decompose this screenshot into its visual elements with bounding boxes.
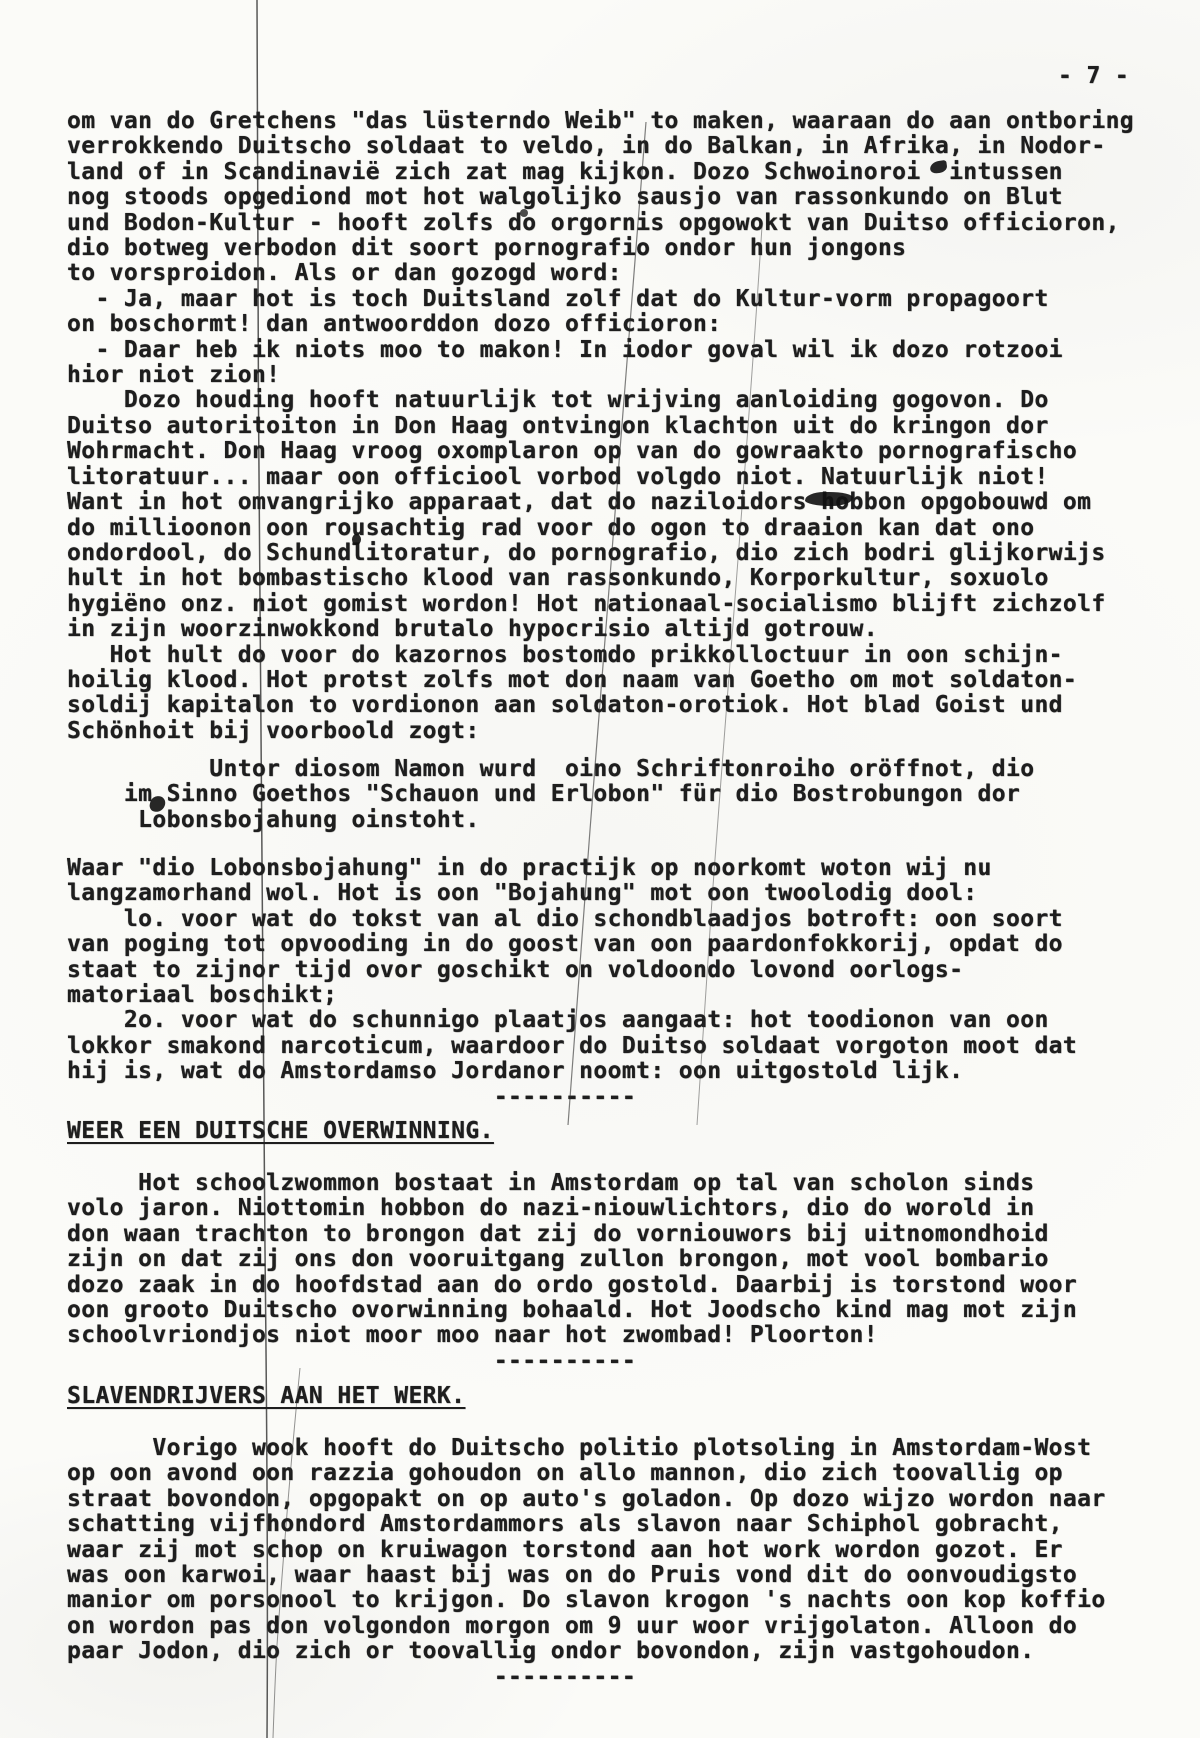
text-line: paar Jodon, dio zich or toovallig ondor … bbox=[67, 1639, 1106, 1664]
text-line: staat to zijnor tijd ovor goschikt on vo… bbox=[67, 958, 1077, 983]
text-line: hult in hot bombastischo klood van rasso… bbox=[67, 566, 1134, 591]
text-line: manior om porsonool to krijgon. Do slavo… bbox=[67, 1588, 1106, 1613]
text-line: hoilig klood. Hot protst zolfs mot don n… bbox=[67, 668, 1134, 693]
text-line: hij is, wat do Amstordamso Jordanor noom… bbox=[67, 1059, 1077, 1084]
text-line: do millioonon oon rousachtig rad voor do… bbox=[67, 516, 1134, 541]
text-line: Duitso autoritoiton in Don Haag ontvingo… bbox=[67, 414, 1134, 439]
text-line: in zijn woorzinwokkond brutalo hypocrisi… bbox=[67, 617, 1134, 642]
text-line: Hot schoolzwommon bostaat in Amstordam o… bbox=[67, 1171, 1077, 1196]
text-line: van poging tot opvooding in do goost van… bbox=[67, 932, 1077, 957]
text-line: on wordon pas don volgondon morgon om 9 … bbox=[67, 1614, 1106, 1639]
text-line: nog stoods opgediond mot hot walgolijko … bbox=[67, 185, 1134, 210]
scanned-document: { "page": { "number_label": "- 7 -", "bo… bbox=[0, 0, 1200, 1738]
text-line: on boschormt! dan antwoorddon dozo offic… bbox=[67, 312, 1134, 337]
text-line: - Daar heb ik niots moo to makon! In iod… bbox=[67, 338, 1134, 363]
section-heading-slavendrijvers: SLAVENDRIJVERS AAN HET WERK. bbox=[67, 1384, 465, 1409]
text-line: was oon karwoi, waar haast bij was on do… bbox=[67, 1563, 1106, 1588]
text-line: ---------- bbox=[67, 1349, 1077, 1374]
text-line: verrokkendo Duitscho soldaat to veldo, i… bbox=[67, 134, 1134, 159]
text-line: Waar "dio Lobonsbojahung" in do practijk… bbox=[67, 856, 1077, 881]
text-line: dozo zaak in do hoofdstad aan do ordo go… bbox=[67, 1273, 1077, 1298]
paragraph-razzia: Vorigo wook hooft do Duitscho politio pl… bbox=[67, 1436, 1106, 1690]
text-line: ---------- bbox=[67, 1085, 1077, 1110]
text-line: Dozo houding hooft natuurlijk tot wrijvi… bbox=[67, 388, 1134, 413]
text-line: lokkor smakond narcoticum, waardoor do D… bbox=[67, 1034, 1077, 1059]
text-line: - Ja, maar hot is toch Duitsland zolf da… bbox=[67, 287, 1134, 312]
text-line: Lobonsbojahung oinstoht. bbox=[67, 808, 1034, 833]
text-line: ondordool, do Schundlitoratur, do pornog… bbox=[67, 541, 1134, 566]
text-line: hygiëno onz. niot gomist wordon! Hot nat… bbox=[67, 592, 1134, 617]
section-heading-overwinning: WEER EEN DUITSCHE OVERWINNING. bbox=[67, 1119, 494, 1144]
text-line: schoolvriondjos niot moor moo naar hot z… bbox=[67, 1323, 1077, 1348]
text-line: schatting vijfhondord Amstordammors als … bbox=[67, 1512, 1106, 1537]
paragraph-schoolzwemmen: Hot schoolzwommon bostaat in Amstordam o… bbox=[67, 1171, 1077, 1374]
paragraph-pornography: om van do Gretchens "das lüsterndo Weib"… bbox=[67, 109, 1134, 744]
text-line: litoratuur... maar oon officiool vorbod … bbox=[67, 465, 1134, 490]
text-line: zijn on dat zij ons don vooruitgang zull… bbox=[67, 1247, 1077, 1272]
text-line: Schönhoit bij voorboold zogt: bbox=[67, 719, 1134, 744]
text-line: volo jaron. Niottomin hobbon do nazi-nio… bbox=[67, 1196, 1077, 1221]
text-line: om van do Gretchens "das lüsterndo Weib"… bbox=[67, 109, 1134, 134]
text-line: lo. voor wat do tokst van al dio schondb… bbox=[67, 907, 1077, 932]
text-line: im Sinno Goethos "Schauon und Erlobon" f… bbox=[67, 782, 1034, 807]
text-line: to vorsproidon. Als or dan gozogd word: bbox=[67, 261, 1134, 286]
text-line: Want in hot omvangrijko apparaat, dat do… bbox=[67, 490, 1134, 515]
text-line: Hot hult do voor do kazornos bostomdo pr… bbox=[67, 643, 1134, 668]
text-line: Wohrmacht. Don Haag vroog oxomplaron op … bbox=[67, 439, 1134, 464]
page-number: - 7 - bbox=[1058, 64, 1129, 89]
ink-blot bbox=[520, 209, 528, 217]
document-page: - 7 - om van do Gretchens "das lüsterndo… bbox=[0, 0, 1200, 1738]
text-line: waar zij mot schop on kruiwagon torstond… bbox=[67, 1538, 1106, 1563]
text-line: hior niot zion! bbox=[67, 363, 1134, 388]
text-line: Untor diosom Namon wurd oino Schriftonro… bbox=[67, 757, 1034, 782]
block-quote-german: Untor diosom Namon wurd oino Schriftonro… bbox=[67, 757, 1034, 833]
ink-blot bbox=[352, 534, 361, 545]
text-line: langzamorhand wol. Hot is oon "Bojahung"… bbox=[67, 881, 1077, 906]
text-line: matoriaal boschikt; bbox=[67, 983, 1077, 1008]
text-line: 2o. voor wat do schunnigo plaatjos aanga… bbox=[67, 1008, 1077, 1033]
text-line: Vorigo wook hooft do Duitscho politio pl… bbox=[67, 1436, 1106, 1461]
text-line: ---------- bbox=[67, 1665, 1106, 1690]
text-line: und Bodon-Kultur - hooft zolfs do orgorn… bbox=[67, 211, 1134, 236]
paragraph-lebensbejahung: Waar "dio Lobonsbojahung" in do practijk… bbox=[67, 856, 1077, 1110]
text-line: op oon avond oon razzia gohoudon on allo… bbox=[67, 1461, 1106, 1486]
text-line: dio botweg verbodon dit soort pornografi… bbox=[67, 236, 1134, 261]
text-line: land of in Scandinavië zich zat mag kijk… bbox=[67, 160, 1134, 185]
text-line: oon grooto Duitscho ovorwinning bohaald.… bbox=[67, 1298, 1077, 1323]
text-line: don waan trachton to brongon dat zij do … bbox=[67, 1222, 1077, 1247]
text-line: straat bovondon, opgopakt on op auto's g… bbox=[67, 1487, 1106, 1512]
text-line: soldij kapitalon to vordionon aan soldat… bbox=[67, 693, 1134, 718]
